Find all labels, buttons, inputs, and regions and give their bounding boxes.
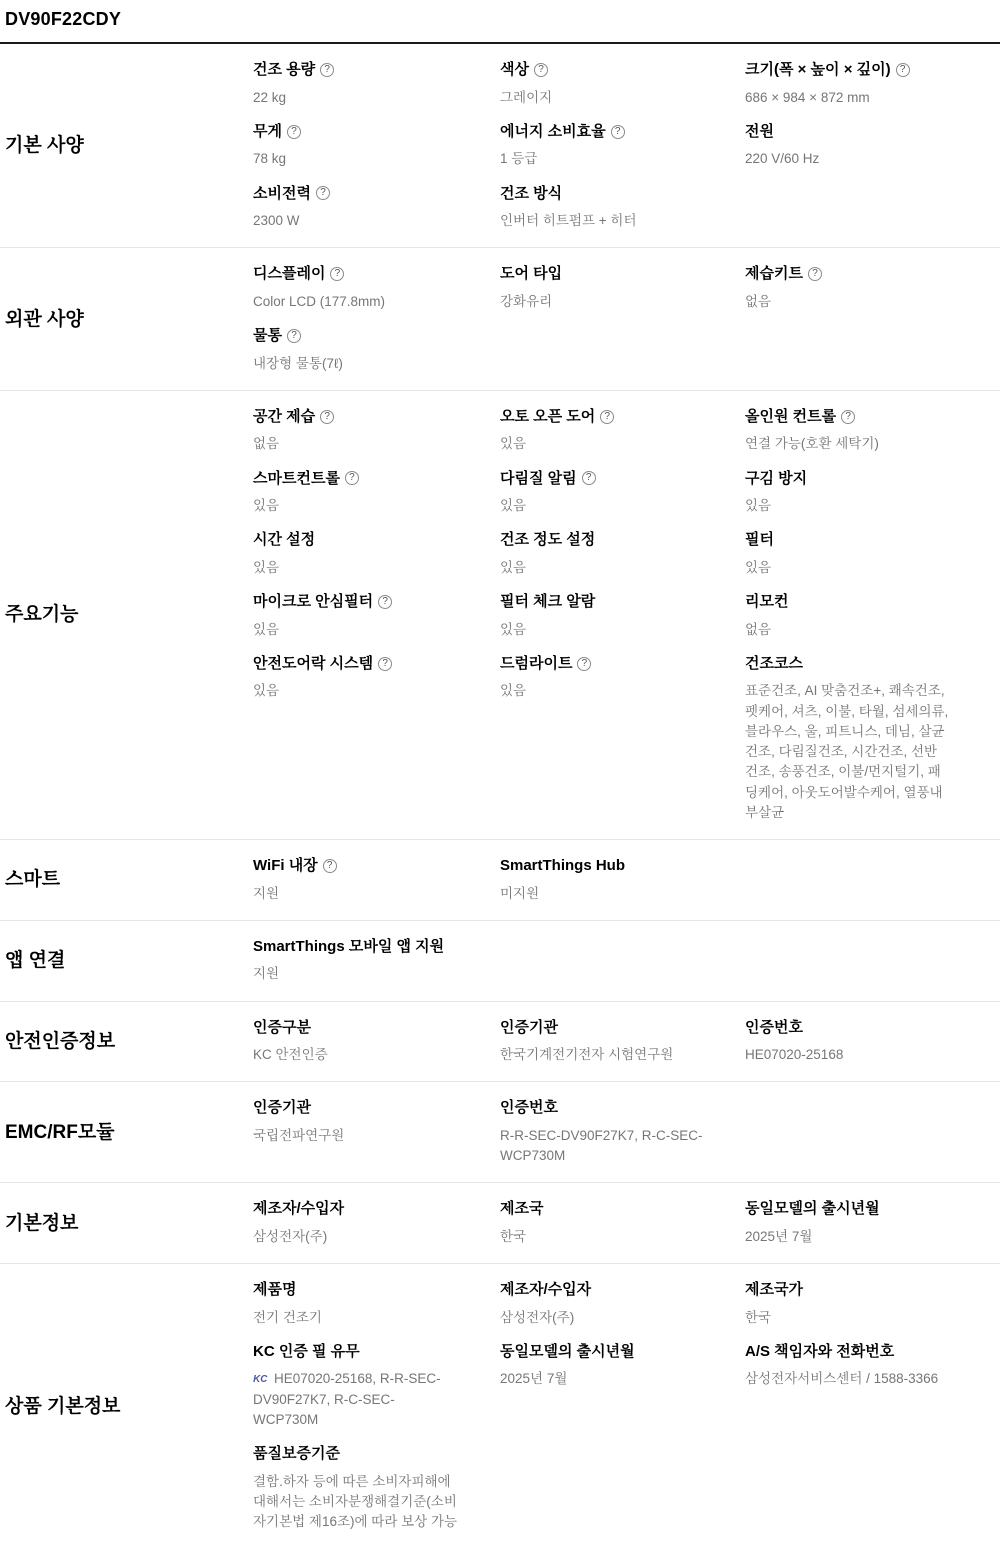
section-items: 인증구분 KC 안전인증 인증기관 한국기계전기전자 시험연구원 인증번호 HE… (253, 1018, 1000, 1080)
spec-value: 있음 (745, 560, 771, 575)
spec-item: A/S 책임자와 전화번호 삼성전자서비스센터 / 1588-3366 (745, 1342, 1000, 1430)
section-label: 앱 연결 (0, 950, 253, 985)
spec-value-row: 1 등급 (500, 149, 705, 169)
spec-label-text: 구김 방지 (745, 469, 807, 489)
spec-label-text: 리모컨 (745, 592, 788, 612)
spec-label-text: 도어 타입 (500, 264, 562, 284)
spec-label-text: 제조국 (500, 1199, 543, 1219)
section-items: WiFi 내장 ? 지원 SmartThings Hub 미지원 (253, 856, 1000, 918)
spec-item: 건조 정도 설정 있음 (500, 530, 745, 578)
spec-value: 있음 (253, 683, 279, 698)
spec-value-row: 내장형 물통(7ℓ) (253, 354, 458, 374)
spec-value: 내장형 물통(7ℓ) (253, 356, 343, 371)
spec-label-text: 인증구분 (253, 1018, 311, 1038)
spec-section: EMC/RF모듈 인증기관 국립전파연구원 인증번호 R-R-SEC-DV90F… (0, 1082, 1000, 1183)
spec-label-text: 시간 설정 (253, 530, 315, 550)
spec-value: 한국 (500, 1229, 526, 1244)
spec-item: 구김 방지 있음 (745, 469, 1000, 517)
spec-section: 기본 사양 건조 용량 ? 22 kg 색상 ? 그레이지 크기(폭 × 높이 … (0, 44, 1000, 248)
spec-label-text: 스마트컨트롤 (253, 469, 340, 489)
help-icon[interactable]: ? (320, 410, 334, 424)
spec-label: 안전도어락 시스템 ? (253, 654, 468, 674)
spec-section: 외관 사양 디스플레이 ? Color LCD (177.8mm) 도어 타입 … (0, 248, 1000, 391)
spec-item: SmartThings 모바일 앱 지원 지원 (253, 937, 500, 985)
spec-item: 인증번호 HE07020-25168 (745, 1018, 1000, 1066)
spec-value-row: 있음 (500, 558, 705, 578)
spec-value-row: 220 V/60 Hz (745, 149, 950, 169)
spec-label-text: 건조코스 (745, 654, 803, 674)
spec-value: 2300 W (253, 213, 300, 228)
spec-item: 색상 ? 그레이지 (500, 60, 745, 108)
spec-value-row: 삼성전자(주) (500, 1308, 705, 1328)
spec-label-text: 공간 제습 (253, 407, 315, 427)
spec-label: 필터 체크 알람 (500, 592, 715, 612)
spec-value: 강화유리 (500, 294, 552, 309)
spec-value: 한국 (745, 1310, 771, 1325)
spec-item: 스마트컨트롤 ? 있음 (253, 469, 500, 517)
help-icon[interactable]: ? (577, 657, 591, 671)
spec-value-row: 있음 (745, 558, 950, 578)
spec-item: SmartThings Hub 미지원 (500, 856, 745, 904)
spec-value-row: 없음 (745, 292, 950, 312)
spec-label: A/S 책임자와 전화번호 (745, 1342, 960, 1362)
spec-item: 제조국 한국 (500, 1199, 745, 1247)
spec-value-row: 686 × 984 × 872 mm (745, 88, 950, 108)
help-icon[interactable]: ? (600, 410, 614, 424)
section-items: 제조자/수입자 삼성전자(주) 제조국 한국 동일모델의 출시년월 2025년 … (253, 1199, 1000, 1261)
spec-item: WiFi 내장 ? 지원 (253, 856, 500, 904)
spec-value-row: 있음 (745, 496, 950, 516)
help-icon[interactable]: ? (323, 859, 337, 873)
spec-label: 크기(폭 × 높이 × 깊이) ? (745, 60, 960, 80)
spec-value: 있음 (500, 622, 526, 637)
spec-item: 물통 ? 내장형 물통(7ℓ) (253, 326, 500, 374)
spec-value-row: 그레이지 (500, 88, 705, 108)
help-icon[interactable]: ? (378, 595, 392, 609)
spec-label: 올인원 컨트롤 ? (745, 407, 960, 427)
spec-label: 스마트컨트롤 ? (253, 469, 468, 489)
spec-item: 디스플레이 ? Color LCD (177.8mm) (253, 264, 500, 312)
spec-label: 제조국가 (745, 1280, 960, 1300)
spec-value: 한국기계전기전자 시험연구원 (500, 1047, 673, 1062)
spec-item: 전원 220 V/60 Hz (745, 122, 1000, 170)
section-label: 안전인증정보 (0, 1031, 253, 1066)
help-icon[interactable]: ? (287, 125, 301, 139)
spec-item: 오토 오픈 도어 ? 있음 (500, 407, 745, 455)
spec-label: 건조 용량 ? (253, 60, 468, 80)
spec-item: 제조자/수입자 삼성전자(주) (500, 1280, 745, 1328)
spec-value-row: 2025년 7월 (500, 1369, 705, 1389)
spec-label: 리모컨 (745, 592, 960, 612)
spec-item: 필터 체크 알람 있음 (500, 592, 745, 640)
spec-label: 마이크로 안심필터 ? (253, 592, 468, 612)
help-icon[interactable]: ? (287, 329, 301, 343)
spec-label: 제조자/수입자 (253, 1199, 468, 1219)
spec-label: 인증구분 (253, 1018, 468, 1038)
spec-label-text: KC 인증 필 유무 (253, 1342, 360, 1362)
spec-label-text: 물통 (253, 326, 282, 346)
spec-label: 동일모델의 출시년월 (745, 1199, 960, 1219)
spec-label: 건조코스 (745, 654, 960, 674)
spec-value: 그레이지 (500, 90, 552, 105)
spec-item: 마이크로 안심필터 ? 있음 (253, 592, 500, 640)
spec-value-row: 전기 건조기 (253, 1308, 458, 1328)
spec-label: 소비전력 ? (253, 184, 468, 204)
spec-value: 미지원 (500, 886, 539, 901)
spec-item: 리모컨 없음 (745, 592, 1000, 640)
spec-section: 상품 기본정보 제품명 전기 건조기 제조자/수입자 삼성전자(주) 제조국가 … (0, 1264, 1000, 1548)
help-icon[interactable]: ? (582, 471, 596, 485)
spec-item: 안전도어락 시스템 ? 있음 (253, 654, 500, 823)
spec-value: 없음 (253, 436, 279, 451)
spec-value-row: 연결 가능(호환 세탁기) (745, 434, 950, 454)
spec-value: 표준건조, AI 맞춤건조+, 쾌속건조, 펫케어, 셔츠, 이불, 타월, 섬… (745, 683, 948, 820)
spec-label-text: 전원 (745, 122, 774, 142)
spec-value: 1 등급 (500, 151, 537, 166)
spec-label: 필터 (745, 530, 960, 550)
spec-label: 인증기관 (253, 1098, 468, 1118)
spec-value: 국립전파연구원 (253, 1128, 344, 1143)
spec-section: 기본정보 제조자/수입자 삼성전자(주) 제조국 한국 동일모델의 출시년월 2… (0, 1183, 1000, 1264)
spec-label: 드럼라이트 ? (500, 654, 715, 674)
spec-label: 제습키트 ? (745, 264, 960, 284)
spec-label: 구김 방지 (745, 469, 960, 489)
section-label: 주요기능 (0, 604, 253, 639)
spec-label: 시간 설정 (253, 530, 468, 550)
spec-value: 있음 (500, 560, 526, 575)
spec-value-row: 한국기계전기전자 시험연구원 (500, 1045, 705, 1065)
spec-label: WiFi 내장 ? (253, 856, 468, 876)
spec-value-row: 22 kg (253, 88, 458, 108)
help-icon[interactable]: ? (534, 63, 548, 77)
spec-value: 있음 (253, 498, 279, 513)
spec-label-text: 소비전력 (253, 184, 311, 204)
spec-value-row: HE07020-25168 (745, 1045, 950, 1065)
spec-item: 에너지 소비효율 ? 1 등급 (500, 122, 745, 170)
spec-label: 전원 (745, 122, 960, 142)
spec-value: HE07020-25168, R-R-SEC-DV90F27K7, R-C-SE… (253, 1371, 441, 1427)
spec-value-row: 삼성전자서비스센터 / 1588-3366 (745, 1369, 950, 1389)
spec-label: 에너지 소비효율 ? (500, 122, 715, 142)
spec-label-text: 무게 (253, 122, 282, 142)
spec-label: 다림질 알림 ? (500, 469, 715, 489)
spec-item: 공간 제습 ? 없음 (253, 407, 500, 455)
spec-section: 앱 연결 SmartThings 모바일 앱 지원 지원 (0, 921, 1000, 1002)
spec-value: 220 V/60 Hz (745, 151, 819, 166)
spec-value: 지원 (253, 886, 279, 901)
spec-value: 연결 가능(호환 세탁기) (745, 436, 879, 451)
section-items: 공간 제습 ? 없음 오토 오픈 도어 ? 있음 올인원 컨트롤 ? 연결 가능… (253, 407, 1000, 837)
spec-item: 소비전력 ? 2300 W (253, 184, 500, 232)
spec-item: 드럼라이트 ? 있음 (500, 654, 745, 823)
spec-value-row: 있음 (500, 496, 705, 516)
spec-label: 도어 타입 (500, 264, 715, 284)
spec-value-row: 있음 (253, 496, 458, 516)
spec-value-row: 있음 (500, 681, 705, 701)
spec-label: 제조국 (500, 1199, 715, 1219)
spec-item: 건조코스 표준건조, AI 맞춤건조+, 쾌속건조, 펫케어, 셔츠, 이불, … (745, 654, 1000, 823)
spec-value: 있음 (500, 683, 526, 698)
spec-item: 동일모델의 출시년월 2025년 7월 (500, 1342, 745, 1430)
spec-value-row: 없음 (745, 620, 950, 640)
spec-label-text: 인증번호 (500, 1098, 558, 1118)
spec-value: 있음 (500, 436, 526, 451)
section-items: 제품명 전기 건조기 제조자/수입자 삼성전자(주) 제조국가 한국 KC 인증… (253, 1280, 1000, 1546)
spec-label: 공간 제습 ? (253, 407, 468, 427)
spec-value-row: 강화유리 (500, 292, 705, 312)
spec-value-row: 국립전파연구원 (253, 1126, 458, 1146)
spec-label: 동일모델의 출시년월 (500, 1342, 715, 1362)
spec-item: 동일모델의 출시년월 2025년 7월 (745, 1199, 1000, 1247)
spec-label-text: 필터 (745, 530, 774, 550)
spec-value: HE07020-25168 (745, 1047, 843, 1062)
spec-label-text: 드럼라이트 (500, 654, 572, 674)
spec-item: 인증구분 KC 안전인증 (253, 1018, 500, 1066)
spec-label: 물통 ? (253, 326, 468, 346)
spec-label: SmartThings 모바일 앱 지원 (253, 937, 468, 957)
spec-value-row: Color LCD (177.8mm) (253, 292, 458, 312)
spec-value: 삼성전자(주) (500, 1310, 574, 1325)
spec-section: 안전인증정보 인증구분 KC 안전인증 인증기관 한국기계전기전자 시험연구원 … (0, 1002, 1000, 1083)
help-icon[interactable]: ? (320, 63, 334, 77)
spec-value-row: 2025년 7월 (745, 1227, 950, 1247)
spec-label-text: 안전도어락 시스템 (253, 654, 373, 674)
help-icon[interactable]: ? (808, 267, 822, 281)
spec-value: KC 안전인증 (253, 1047, 328, 1062)
spec-item: 제품명 전기 건조기 (253, 1280, 500, 1328)
spec-value: 2025년 7월 (500, 1371, 567, 1386)
section-label: 상품 기본정보 (0, 1396, 253, 1431)
help-icon[interactable]: ? (345, 471, 359, 485)
spec-value: 22 kg (253, 90, 286, 105)
spec-label-text: 동일모델의 출시년월 (745, 1199, 880, 1219)
spec-value-row: KC HE07020-25168, R-R-SEC-DV90F27K7, R-C… (253, 1369, 458, 1430)
section-items: 건조 용량 ? 22 kg 색상 ? 그레이지 크기(폭 × 높이 × 깊이) … (253, 60, 1000, 245)
spec-item: 건조 용량 ? 22 kg (253, 60, 500, 108)
spec-label-text: WiFi 내장 (253, 856, 318, 876)
spec-label-text: 마이크로 안심필터 (253, 592, 373, 612)
spec-value: 삼성전자서비스센터 / 1588-3366 (745, 1371, 938, 1386)
spec-value: R-R-SEC-DV90F27K7, R-C-SEC-WCP730M (500, 1128, 703, 1163)
spec-section: 스마트 WiFi 내장 ? 지원 SmartThings Hub 미지원 (0, 840, 1000, 921)
spec-value-row: 없음 (253, 434, 458, 454)
spec-item: 시간 설정 있음 (253, 530, 500, 578)
spec-value-row: 있음 (500, 434, 705, 454)
spec-value-row: 지원 (253, 884, 458, 904)
spec-value-row: 표준건조, AI 맞춤건조+, 쾌속건조, 펫케어, 셔츠, 이불, 타월, 섬… (745, 681, 950, 823)
spec-value-row: 있음 (500, 620, 705, 640)
spec-label: 품질보증기준 (253, 1444, 468, 1464)
spec-label-text: 제조국가 (745, 1280, 803, 1300)
spec-value: 있음 (745, 498, 771, 513)
spec-label: 디스플레이 ? (253, 264, 468, 284)
spec-item: 인증기관 한국기계전기전자 시험연구원 (500, 1018, 745, 1066)
spec-label: KC 인증 필 유무 (253, 1342, 468, 1362)
spec-value: 결함.하자 등에 따른 소비자피해에 대해서는 소비자분쟁해결기준(소비자기본법… (253, 1474, 457, 1530)
section-label: 스마트 (0, 869, 253, 904)
spec-item: 인증번호 R-R-SEC-DV90F27K7, R-C-SEC-WCP730M (500, 1098, 745, 1166)
section-items: 인증기관 국립전파연구원 인증번호 R-R-SEC-DV90F27K7, R-C… (253, 1098, 1000, 1180)
help-icon[interactable]: ? (378, 657, 392, 671)
spec-item: KC 인증 필 유무 KC HE07020-25168, R-R-SEC-DV9… (253, 1342, 500, 1430)
spec-item: 다림질 알림 ? 있음 (500, 469, 745, 517)
spec-label-text: 오토 오픈 도어 (500, 407, 595, 427)
section-items: SmartThings 모바일 앱 지원 지원 (253, 937, 1000, 999)
spec-label: 제조자/수입자 (500, 1280, 715, 1300)
spec-label: 제품명 (253, 1280, 468, 1300)
spec-item: 제조자/수입자 삼성전자(주) (253, 1199, 500, 1247)
spec-sections: 기본 사양 건조 용량 ? 22 kg 색상 ? 그레이지 크기(폭 × 높이 … (0, 44, 1000, 1548)
help-icon[interactable]: ? (316, 186, 330, 200)
spec-value: 있음 (253, 622, 279, 637)
help-icon[interactable]: ? (841, 410, 855, 424)
help-icon[interactable]: ? (896, 63, 910, 77)
spec-value-row: 있음 (253, 681, 458, 701)
spec-label-text: 품질보증기준 (253, 1444, 340, 1464)
spec-value-row: 결함.하자 등에 따른 소비자피해에 대해서는 소비자분쟁해결기준(소비자기본법… (253, 1472, 458, 1533)
spec-value-row: 있음 (253, 558, 458, 578)
spec-label: SmartThings Hub (500, 856, 715, 876)
spec-value-row: 2300 W (253, 211, 458, 231)
page-title: DV90F22CDY (0, 0, 1000, 30)
spec-label-text: 올인원 컨트롤 (745, 407, 836, 427)
spec-label-text: 제습키트 (745, 264, 803, 284)
spec-value-row: 한국 (500, 1227, 705, 1247)
spec-label: 오토 오픈 도어 ? (500, 407, 715, 427)
spec-item: 도어 타입 강화유리 (500, 264, 745, 312)
kc-icon-text: KC (253, 1374, 268, 1385)
section-label: EMC/RF모듈 (0, 1122, 253, 1157)
spec-label-text: 다림질 알림 (500, 469, 577, 489)
spec-label-text: SmartThings 모바일 앱 지원 (253, 937, 444, 957)
spec-item: 건조 방식 인버터 히트펌프 + 히터 (500, 184, 745, 232)
spec-value: 없음 (745, 622, 771, 637)
spec-value-row: 삼성전자(주) (253, 1227, 458, 1247)
section-items: 디스플레이 ? Color LCD (177.8mm) 도어 타입 강화유리 제… (253, 264, 1000, 388)
spec-value-row: 한국 (745, 1308, 950, 1328)
spec-label: 색상 ? (500, 60, 715, 80)
spec-label-text: 인증번호 (745, 1018, 803, 1038)
spec-value: 삼성전자(주) (253, 1229, 327, 1244)
spec-value: 없음 (745, 294, 771, 309)
spec-value: 있음 (500, 498, 526, 513)
spec-item: 인증기관 국립전파연구원 (253, 1098, 500, 1166)
section-label: 외관 사양 (0, 309, 253, 344)
spec-item: 품질보증기준 결함.하자 등에 따른 소비자피해에 대해서는 소비자분쟁해결기준… (253, 1444, 500, 1532)
spec-label-text: A/S 책임자와 전화번호 (745, 1342, 894, 1362)
spec-label-text: 인증기관 (253, 1098, 311, 1118)
help-icon[interactable]: ? (330, 267, 344, 281)
spec-value-row: 지원 (253, 964, 458, 984)
help-icon[interactable]: ? (611, 125, 625, 139)
spec-value-row: 인버터 히트펌프 + 히터 (500, 211, 705, 231)
product-spec-page: DV90F22CDY 기본 사양 건조 용량 ? 22 kg 색상 ? 그레이지… (0, 0, 1000, 1548)
spec-label: 인증번호 (500, 1098, 715, 1118)
spec-label: 건조 방식 (500, 184, 715, 204)
section-label: 기본 사양 (0, 135, 253, 170)
section-label: 기본정보 (0, 1213, 253, 1248)
spec-value-row: 미지원 (500, 884, 705, 904)
spec-label-text: 제조자/수입자 (500, 1280, 591, 1300)
spec-label-text: 디스플레이 (253, 264, 325, 284)
spec-label: 인증기관 (500, 1018, 715, 1038)
spec-value: 있음 (253, 560, 279, 575)
spec-label-text: 건조 방식 (500, 184, 562, 204)
spec-label-text: 필터 체크 알람 (500, 592, 595, 612)
spec-label-text: 건조 용량 (253, 60, 315, 80)
spec-label-text: 동일모델의 출시년월 (500, 1342, 635, 1362)
spec-item: 무게 ? 78 kg (253, 122, 500, 170)
spec-item: 필터 있음 (745, 530, 1000, 578)
spec-value: Color LCD (177.8mm) (253, 294, 385, 309)
kc-certification-icon: KC (253, 1371, 269, 1386)
spec-label-text: 크기(폭 × 높이 × 깊이) (745, 60, 891, 80)
spec-label-text: 제품명 (253, 1280, 296, 1300)
spec-value-row: 78 kg (253, 149, 458, 169)
spec-item: 제습키트 ? 없음 (745, 264, 1000, 312)
spec-value: 2025년 7월 (745, 1229, 812, 1244)
spec-label: 인증번호 (745, 1018, 960, 1038)
spec-label-text: 색상 (500, 60, 529, 80)
spec-label: 건조 정도 설정 (500, 530, 715, 550)
spec-value: 전기 건조기 (253, 1310, 322, 1325)
spec-label-text: 건조 정도 설정 (500, 530, 595, 550)
spec-value: 686 × 984 × 872 mm (745, 90, 870, 105)
spec-value: 인버터 히트펌프 + 히터 (500, 213, 637, 228)
spec-section: 주요기능 공간 제습 ? 없음 오토 오픈 도어 ? 있음 올인원 컨트롤 ? … (0, 391, 1000, 840)
spec-label: 무게 ? (253, 122, 468, 142)
spec-label-text: 에너지 소비효율 (500, 122, 606, 142)
spec-item: 크기(폭 × 높이 × 깊이) ? 686 × 984 × 872 mm (745, 60, 1000, 108)
spec-value-row: 있음 (253, 620, 458, 640)
spec-label-text: 제조자/수입자 (253, 1199, 344, 1219)
spec-label-text: SmartThings Hub (500, 856, 625, 876)
spec-item: 올인원 컨트롤 ? 연결 가능(호환 세탁기) (745, 407, 1000, 455)
spec-value-row: R-R-SEC-DV90F27K7, R-C-SEC-WCP730M (500, 1126, 705, 1167)
spec-value-row: KC 안전인증 (253, 1045, 458, 1065)
spec-value: 지원 (253, 966, 279, 981)
spec-value: 78 kg (253, 151, 286, 166)
spec-label-text: 인증기관 (500, 1018, 558, 1038)
spec-item: 제조국가 한국 (745, 1280, 1000, 1328)
